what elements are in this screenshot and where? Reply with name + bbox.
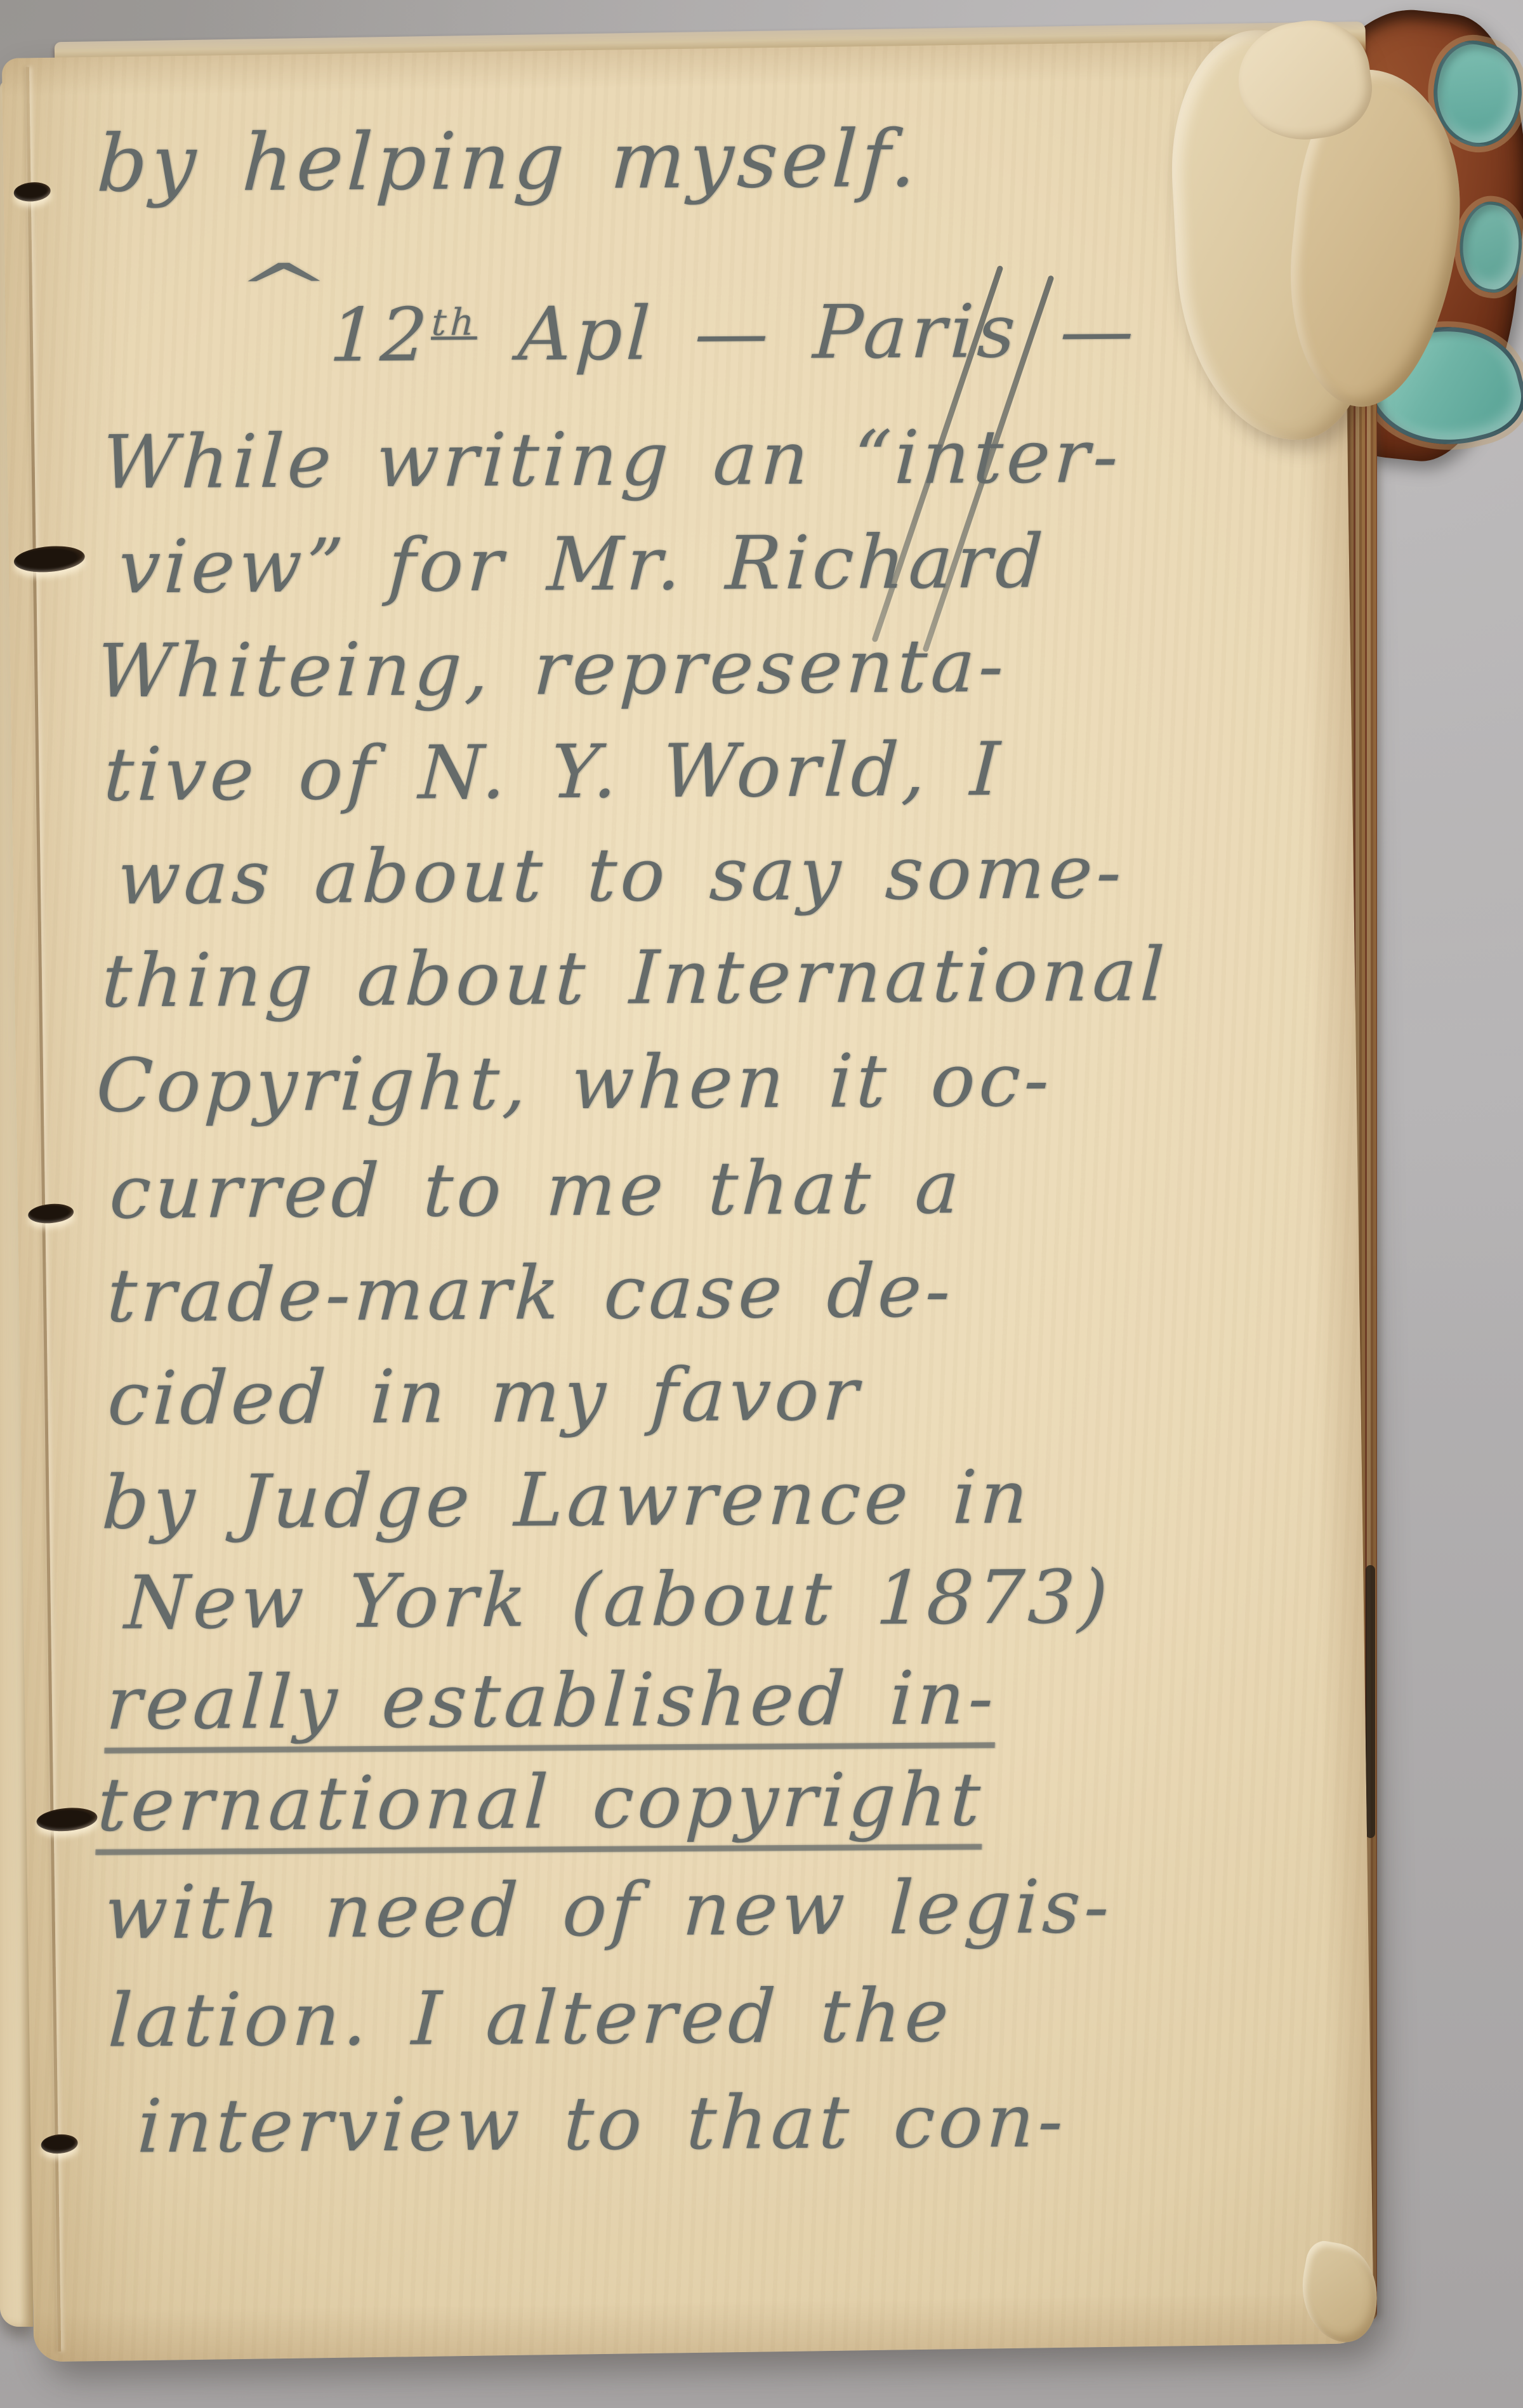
handwriting-line: view” for Mr. Richard bbox=[117, 522, 1048, 609]
insertion-caret-mark: ^ bbox=[235, 249, 333, 328]
handwriting-line: by helping myself. bbox=[95, 116, 922, 208]
handwriting-line: Whiteing, representa- bbox=[95, 626, 1009, 712]
handwriting-line: New York (about 1873) bbox=[123, 1557, 1113, 1644]
handwriting-line: trade-mark case de- bbox=[105, 1250, 956, 1337]
notebook-page: by helping myself. 12th Apl — Paris — ^ … bbox=[2, 39, 1374, 2362]
handwriting-line: with need of new legis- bbox=[103, 1867, 1115, 1954]
handwriting-line: lation. I altered the bbox=[107, 1975, 954, 2061]
handwriting-line: curred to me that a bbox=[108, 1147, 965, 1233]
date-day: 12 bbox=[328, 292, 433, 378]
date-ordinal: th bbox=[431, 300, 479, 343]
handwriting-line: thing about International bbox=[100, 934, 1170, 1022]
handwriting-line: by Judge Lawrence in bbox=[100, 1457, 1033, 1544]
handwriting-line: interview to that con- bbox=[136, 2081, 1069, 2167]
handwriting-line: Copyright, when it oc- bbox=[95, 1040, 1055, 1127]
handwriting-line: While writing an “inter- bbox=[100, 416, 1124, 503]
handwriting-line-underlined: ternational copyright bbox=[96, 1759, 986, 1846]
handwriting-line: was about to say some- bbox=[115, 832, 1127, 919]
handwriting-line-underlined: really established in- bbox=[105, 1658, 999, 1744]
handwriting-line-date: 12th Apl — Paris — bbox=[328, 291, 1140, 376]
handwriting-line: cided in my favor bbox=[106, 1354, 864, 1439]
photo-background: by helping myself. 12th Apl — Paris — ^ … bbox=[0, 0, 1523, 2408]
handwriting-line: tive of N. Y. World, I bbox=[102, 729, 1005, 816]
handwriting-text: by helping myself. 12th Apl — Paris — ^ … bbox=[11, 45, 1365, 2357]
